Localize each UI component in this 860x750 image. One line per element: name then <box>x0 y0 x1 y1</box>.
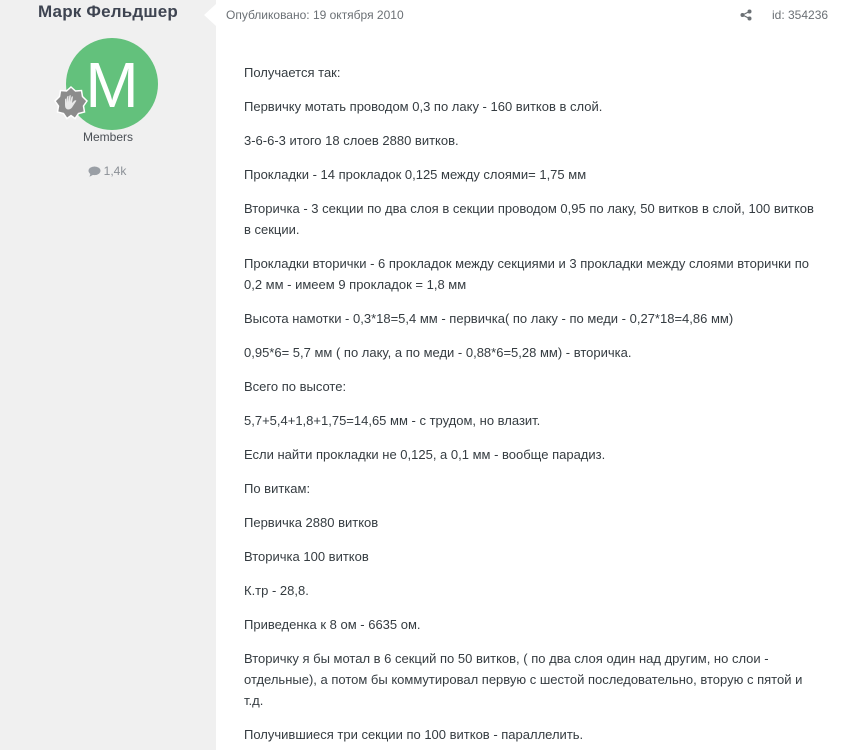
paragraph: По виткам: <box>244 478 824 499</box>
post-date[interactable]: Опубликовано: 19 октября 2010 <box>226 8 404 22</box>
paragraph: Вторичка 100 витков <box>244 546 824 567</box>
paragraph: 0,95*6= 5,7 мм ( по лаку, а по меди - 0,… <box>244 342 824 363</box>
post-content: Получается так: Первичку мотать проводом… <box>244 62 824 750</box>
paragraph: Получившиеся три секции по 100 витков - … <box>244 724 824 745</box>
share-icon[interactable] <box>740 9 752 21</box>
rank-badge-icon <box>54 86 88 120</box>
post-count[interactable]: 1,4k <box>0 164 216 178</box>
paragraph: Прокладки вторички - 6 прокладок между с… <box>244 253 824 295</box>
paragraph: К.тр - 28,8. <box>244 580 824 601</box>
post-count-value: 1,4k <box>104 164 127 178</box>
paragraph: Всего по высоте: <box>244 376 824 397</box>
post-id[interactable]: id: 354236 <box>772 8 828 22</box>
author-name[interactable]: Марк Фельдшер <box>0 2 216 22</box>
author-sidebar: Марк Фельдшер M Members 1,4k <box>0 0 216 750</box>
paragraph: Первичка 2880 витков <box>244 512 824 533</box>
paragraph: Высота намотки - 0,3*18=5,4 мм - первичк… <box>244 308 824 329</box>
paragraph: Первичку мотать проводом 0,3 по лаку - 1… <box>244 96 824 117</box>
member-group: Members <box>0 130 216 144</box>
paragraph: 3-6-6-3 итого 18 слоев 2880 витков. <box>244 130 824 151</box>
paragraph: Получается так: <box>244 62 824 83</box>
callout-arrow <box>204 4 216 26</box>
paragraph: Приведенка к 8 ом - 6635 ом. <box>244 614 824 635</box>
comment-icon <box>88 166 101 177</box>
paragraph: 5,7+5,4+1,8+1,75=14,65 мм - с трудом, но… <box>244 410 824 431</box>
paragraph: Прокладки - 14 прокладок 0,125 между сло… <box>244 164 824 185</box>
paragraph: Вторичку я бы мотал в 6 секций по 50 вит… <box>244 648 824 711</box>
avatar-letter: M <box>85 53 138 117</box>
paragraph: Вторичка - 3 секции по два слоя в секции… <box>244 198 824 240</box>
paragraph: Если найти прокладки не 0,125, а 0,1 мм … <box>244 444 824 465</box>
